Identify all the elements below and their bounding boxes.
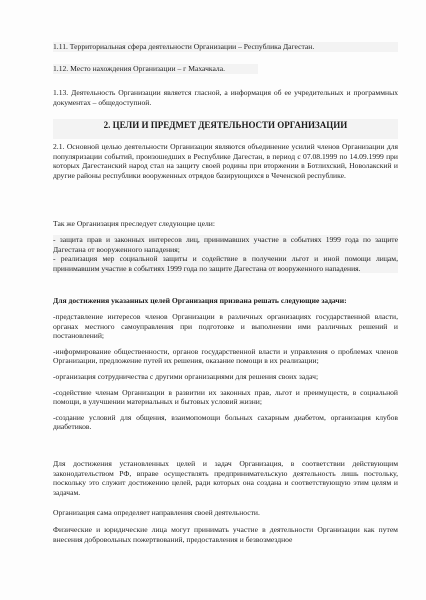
task-item: -представление интересов членов Организа… (53, 312, 398, 341)
task-item: -содействие членам Организации в развити… (53, 388, 398, 407)
business-clause: Для достижения установленных целей и зад… (53, 459, 398, 497)
goal-item: - реализация мер социальной защиты и сод… (53, 254, 398, 273)
task-item: -информирование общественности, органов … (53, 347, 398, 366)
directions-clause: Организация сама определяет направления … (53, 508, 398, 518)
clause-2-1-text: 2.1. Основной целью деятельности Организ… (53, 142, 398, 180)
clause-1-13: 1.13. Деятельность Организации является … (53, 88, 398, 107)
goals-intro: Так же Организация преследует следующие … (53, 219, 398, 229)
directions-clause-text: Организация сама определяет направления … (53, 508, 398, 518)
task-item: -организация сотрудничества с другими ор… (53, 372, 398, 382)
tasks-heading-block: Для достижения указанных целей Организац… (53, 296, 398, 306)
business-clause-text: Для достижения установленных целей и зад… (53, 459, 398, 497)
goal-item: - защита прав и законных интересов лиц, … (53, 235, 398, 254)
clause-1-12: 1.12. Место нахождения Организации – г М… (53, 64, 258, 74)
task-item: -создание условий для общения, взаимопом… (53, 413, 398, 432)
clause-2-1: 2.1. Основной целью деятельности Организ… (53, 142, 398, 180)
document-page: 1.11. Территориальная сфера деятельности… (0, 0, 426, 600)
clause-1-11-text: 1.11. Территориальная сфера деятельности… (53, 42, 398, 52)
goals-list: - защита прав и законных интересов лиц, … (53, 235, 398, 273)
tasks-list: -представление интересов членов Организа… (53, 312, 398, 432)
tasks-heading: Для достижения указанных целей Организац… (53, 296, 398, 306)
participation-clause: Физические и юридические лица могут прин… (53, 525, 398, 544)
participation-clause-text: Физические и юридические лица могут прин… (53, 525, 398, 544)
clause-1-11: 1.11. Территориальная сфера деятельности… (53, 42, 398, 52)
section-2-heading: 2. ЦЕЛИ И ПРЕДМЕТ ДЕЯТЕЛЬНОСТИ ОРГАНИЗАЦ… (53, 119, 398, 131)
clause-1-13-text: 1.13. Деятельность Организации является … (53, 88, 398, 107)
clause-1-12-text: 1.12. Место нахождения Организации – г М… (53, 64, 258, 74)
goals-intro-text: Так же Организация преследует следующие … (53, 219, 398, 229)
section-2-heading-block: 2. ЦЕЛИ И ПРЕДМЕТ ДЕЯТЕЛЬНОСТИ ОРГАНИЗАЦ… (53, 119, 398, 139)
